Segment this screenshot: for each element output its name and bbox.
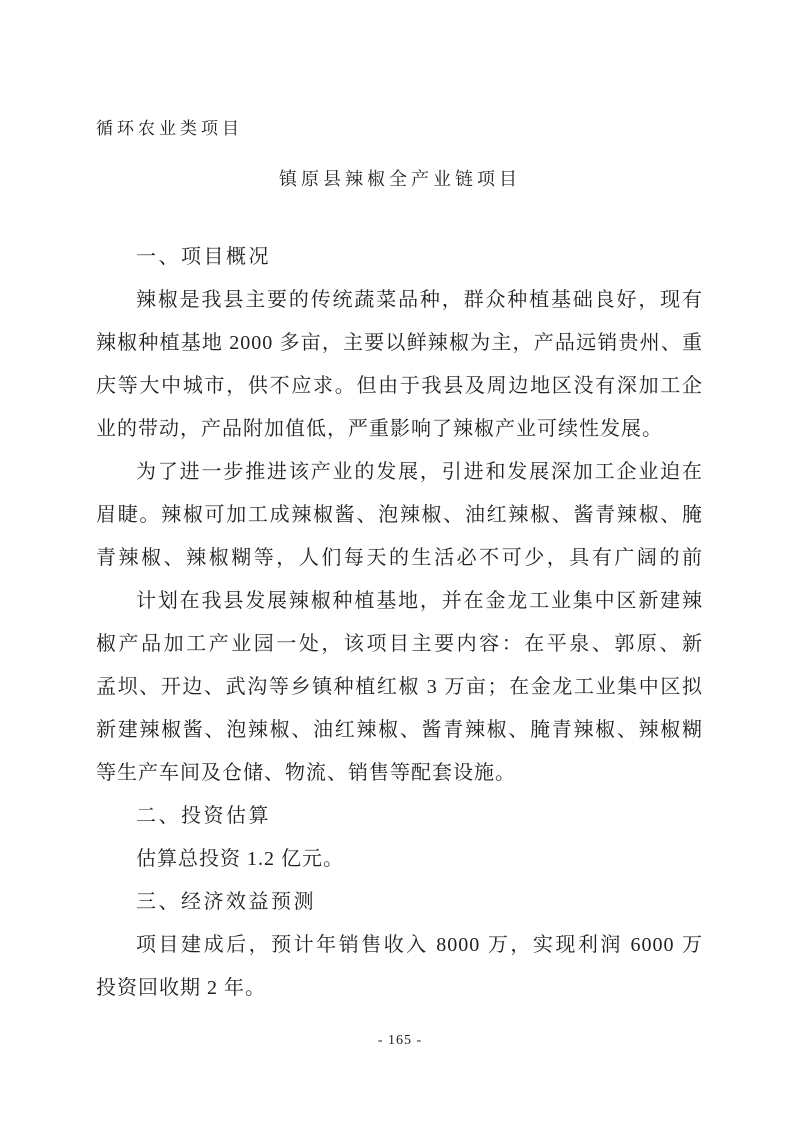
paragraph: 计划在我县发展辣椒种植基地，并在金龙工业集中区新建辣椒产品加工产业园一处，该项目… — [96, 580, 703, 795]
paragraph: 辣椒是我县主要的传统蔬菜品种，群众种植基础良好，现有辣椒种植基地 2000 多亩… — [96, 279, 703, 451]
paragraph-line: 庆等大中城市，供不应求。但由于我县及周边地区没有深加工企 — [96, 365, 703, 408]
page-number: - 165 - — [0, 1031, 800, 1051]
document-page: 循环农业类项目 镇原县辣椒全产业链项目 一、项目概况辣椒是我县主要的传统蔬菜品种… — [0, 0, 800, 1131]
paragraph: 为了进一步推进该产业的发展，引进和发展深加工企业迫在眉睫。辣椒可加工成辣椒酱、泡… — [96, 451, 703, 580]
paragraph-line: 眉睫。辣椒可加工成辣椒酱、泡辣椒、油红辣椒、酱青辣椒、腌 — [96, 494, 703, 537]
paragraph-line: 辣椒种植基地 2000 多亩，主要以鲜辣椒为主，产品远销贵州、重 — [96, 322, 703, 365]
paragraph-line: 辣椒是我县主要的传统蔬菜品种，群众种植基础良好，现有 — [96, 279, 703, 322]
section-heading: 三、经济效益预测 — [96, 881, 703, 924]
paragraph-line: 投资回收期 2 年。 — [96, 967, 703, 1010]
paragraph-line: 估算总投资 1.2 亿元。 — [96, 838, 703, 881]
paragraph: 项目建成后，预计年销售收入 8000 万，实现利润 6000 万元，投资回收期 … — [96, 924, 703, 1010]
paragraph-line: 新建辣椒酱、泡辣椒、油红辣椒、酱青辣椒、腌青辣椒、辣椒糊 — [96, 709, 703, 752]
paragraph-line: 青辣椒、辣椒糊等，人们每天的生活必不可少，具有广阔的前景。 — [96, 537, 703, 580]
paragraph-line: 椒产品加工产业园一处，该项目主要内容：在平泉、郭原、新集、 — [96, 623, 703, 666]
paragraph-line: 为了进一步推进该产业的发展，引进和发展深加工企业迫在 — [96, 451, 703, 494]
section-heading: 二、投资估算 — [96, 795, 703, 838]
paragraph-line: 孟坝、开边、武沟等乡镇种植红椒 3 万亩；在金龙工业集中区拟 — [96, 666, 703, 709]
paragraph-line: 业的带动，产品附加值低，严重影响了辣椒产业可续性发展。 — [96, 408, 703, 451]
document-body: 一、项目概况辣椒是我县主要的传统蔬菜品种，群众种植基础良好，现有辣椒种植基地 2… — [96, 236, 703, 1010]
paragraph: 估算总投资 1.2 亿元。 — [96, 838, 703, 881]
paragraph-line: 计划在我县发展辣椒种植基地，并在金龙工业集中区新建辣 — [96, 580, 703, 623]
section-heading: 一、项目概况 — [96, 236, 703, 279]
paragraph-line: 项目建成后，预计年销售收入 8000 万，实现利润 6000 万元， — [96, 924, 703, 967]
document-category-header: 循环农业类项目 — [96, 116, 243, 142]
document-title: 镇原县辣椒全产业链项目 — [0, 166, 800, 192]
paragraph-line: 等生产车间及仓储、物流、销售等配套设施。 — [96, 752, 703, 795]
